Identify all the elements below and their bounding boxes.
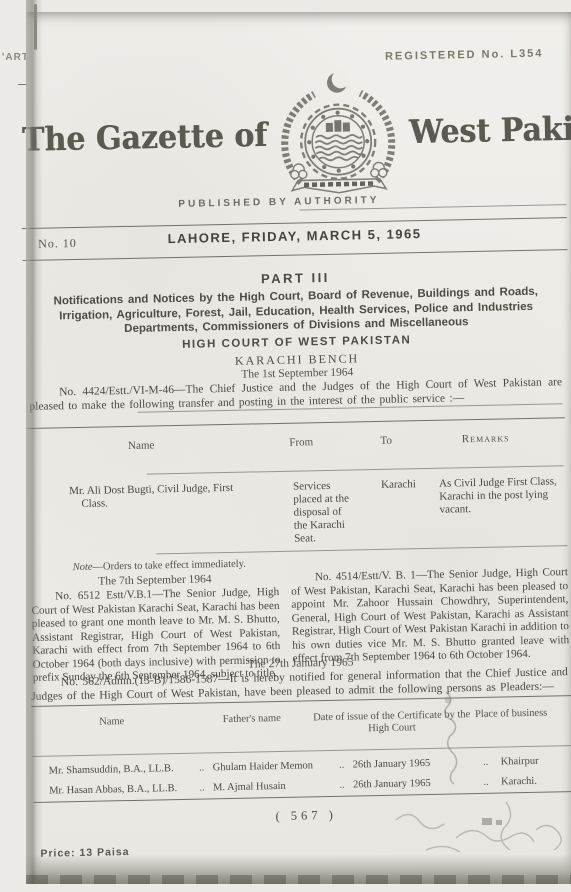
cell-remarks: As Civil Judge First Class, Karachi in t… — [439, 475, 571, 517]
column-header-name: Name — [26, 437, 256, 454]
note-label: Note — [73, 562, 93, 573]
scan-bottom-blotches — [26, 875, 571, 884]
masthead: The Gazette of — [19, 65, 562, 204]
pleaders-table-header: Name Father's name Date of issue of the … — [32, 708, 551, 742]
binding-mark — [34, 4, 37, 50]
leader-dots: .. — [471, 757, 501, 769]
table-rule — [32, 745, 571, 757]
column-header-from: From — [256, 436, 346, 450]
cell-place: Khairpur — [501, 756, 552, 768]
masthead-title-right: West Pakistan — [409, 109, 571, 152]
cell-father-name: Ghulam Haider Memon — [213, 760, 331, 773]
leader-dots: .. — [331, 760, 353, 771]
orders-note: Note—Orders to take effect immediately. — [73, 559, 246, 573]
page-number: ( 567 ) — [34, 803, 571, 829]
leader-dots: .. — [191, 782, 213, 793]
column-header-certificate-date: Date of issue of the Certificate by the … — [312, 709, 472, 736]
table-rule — [26, 417, 565, 429]
price-label: Price: 13 Paisa — [40, 846, 129, 860]
cell-from: Services placed at the disposal of the K… — [293, 479, 354, 545]
page-content: REGISTERED No. L354 The Gazette of — [18, 7, 571, 888]
leader-dots: .. — [331, 780, 353, 791]
column-header-remarks: Remarks — [426, 432, 545, 446]
column-header-place: Place of business — [472, 708, 551, 734]
scanned-gazette-page: 'ART REGISTERED No. L354 The Gazette of — [0, 0, 571, 892]
cell-date: 26th January 1965 — [353, 777, 471, 790]
leader-dots: .. — [191, 762, 213, 773]
note-text: —Orders to take effect immediately. — [92, 559, 246, 573]
column-header-father-name: Father's name — [192, 712, 312, 738]
registered-number: REGISTERED No. L354 — [385, 48, 544, 63]
gazette-emblem-icon — [266, 68, 411, 199]
cell-date: 26th January 1965 — [353, 757, 471, 770]
transfer-table-row: Mr. Ali Dost Bugti, Civil Judge, First C… — [27, 475, 571, 486]
pleaders-table-row: Mr. Shamsuddin, B.A., LL.B. .. Ghulam Ha… — [33, 756, 552, 777]
cell-father-name: M. Ajmal Husain — [213, 780, 331, 793]
part-description: Notifications and Notices by the High Co… — [31, 284, 561, 338]
cell-name: Mr. Hasan Abbas, B.A., LL.B. — [33, 783, 191, 797]
cell-place: Karachi. — [501, 776, 552, 788]
cell-name: Mr. Shamsuddin, B.A., LL.B. — [33, 763, 191, 777]
table-rule — [156, 545, 567, 554]
transfer-table-header: Name From To Remarks — [26, 432, 545, 454]
gazette-paper: REGISTERED No. L354 The Gazette of — [26, 12, 571, 882]
leader-dots: .. — [471, 777, 501, 789]
cell-name: Mr. Ali Dost Bugti, Civil Judge, First C… — [69, 481, 254, 511]
masthead-title-left: The Gazette of — [20, 116, 268, 159]
cell-to: Karachi — [381, 478, 416, 492]
column-header-to: To — [346, 434, 426, 448]
table-rule — [147, 465, 564, 474]
appointment-notification-text: No. 4514/Estt/V. B. 1—The Senior Judge, … — [291, 566, 570, 666]
column-header-name: Name — [32, 715, 192, 742]
